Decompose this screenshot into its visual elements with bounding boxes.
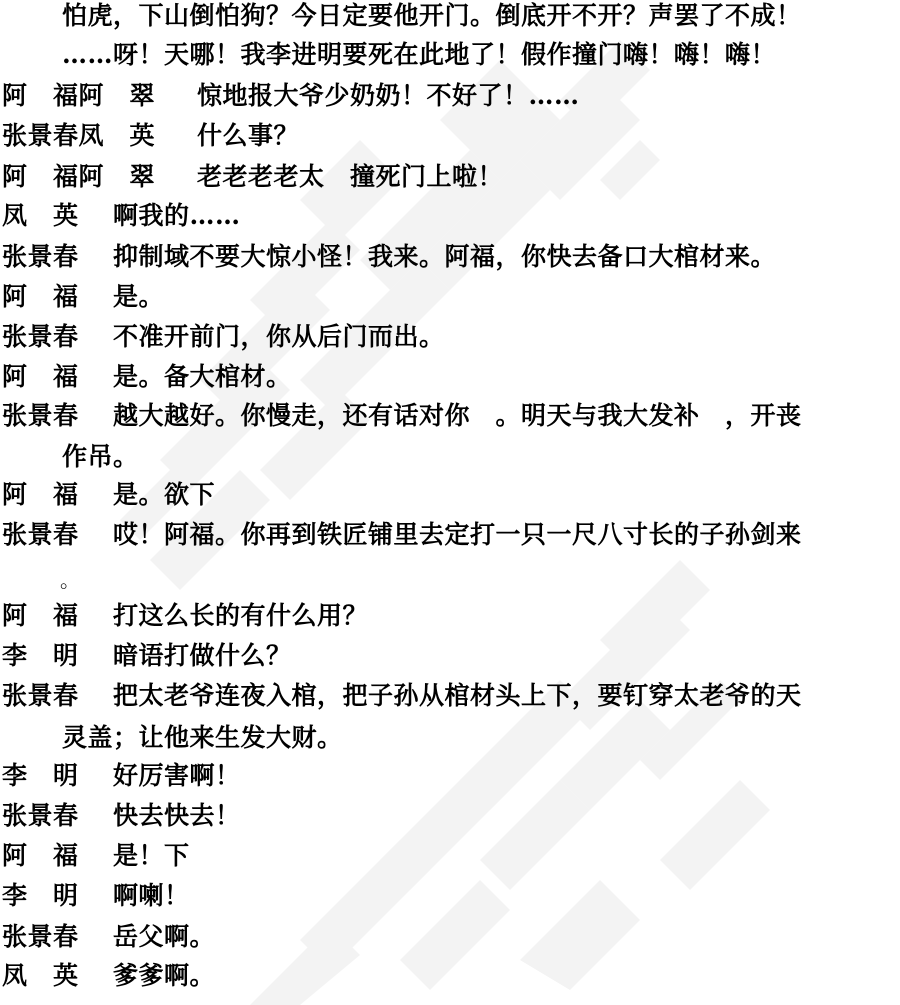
speaker-name: 张景春 (2, 917, 79, 957)
dialogue-text: 暗语打做什么？ (113, 636, 292, 676)
dialogue-text: 是！下 (113, 836, 190, 876)
speaker-name: 阿 福 (2, 475, 79, 515)
lone-punctuation: 。 (60, 560, 81, 600)
speaker-name: 张景春 (2, 676, 79, 716)
speaker-name: 阿 福 (2, 277, 79, 317)
dialogue-text: 越大越好。你慢走，还有话对你 。明天与我大发补 ，开丧 (113, 396, 802, 436)
speaker-name: 阿 福 (2, 596, 79, 636)
speaker-name: 阿 福 (2, 836, 79, 876)
speaker-name: 张景春凤 英 (2, 116, 155, 156)
dialogue-text: 不准开前门，你从后门而出。 (113, 317, 445, 357)
dialogue-text: 是。 (113, 277, 164, 317)
dialogue-text: 是。欲下 (113, 475, 215, 515)
speaker-name: 李 明 (2, 636, 79, 676)
dialogue-text: 啊喇！ (113, 876, 190, 916)
speaker-name: 李 明 (2, 756, 79, 796)
dialogue-text: 什么事？ (197, 116, 299, 156)
dialogue-text: 把太老爷连夜入棺，把子孙从棺材头上下，要钉穿太老爷的天 (113, 676, 802, 716)
dialogue-text: 岳父啊。 (113, 917, 215, 957)
dialogue-text: 是。备大棺材。 (113, 357, 292, 397)
continuation-text: 怕虎，下山倒怕狗？今日定要他开门。倒底开不开？声罢了不成！ (62, 0, 802, 36)
speaker-name: 阿 福 (2, 357, 79, 397)
speaker-name: 凤 英 (2, 956, 79, 996)
speaker-name: 张景春 (2, 237, 79, 277)
dialogue-text: 啊我的…… (113, 196, 241, 236)
dialogue-text: 快去快去！ (113, 796, 241, 836)
continuation-text: 作吊。 (62, 437, 139, 477)
dialogue-text: 好厉害啊！ (113, 756, 241, 796)
speaker-name: 阿 福阿 翠 (2, 76, 155, 116)
speaker-name: 凤 英 (2, 196, 79, 236)
speaker-name: 李 明 (2, 876, 79, 916)
speaker-name: 张景春 (2, 796, 79, 836)
speaker-name: 张景春 (2, 396, 79, 436)
dialogue-text: 老老老老太 撞死门上啦！ (197, 157, 503, 197)
dialogue-text: 哎！阿福。你再到铁匠铺里去定打一只一尺八寸长的子孙剑来 (113, 515, 802, 555)
continuation-text: 灵盖；让他来生发大财。 (62, 718, 343, 758)
dialogue-text: 抑制域不要大惊小怪！我来。阿福，你快去备口大棺材来。 (113, 237, 776, 277)
continuation-text: ……呀！天哪！我李进明要死在此地了！假作撞门嗨！嗨！嗨！ (62, 35, 776, 75)
speaker-name: 张景春 (2, 515, 79, 555)
dialogue-text: 惊地报大爷少奶奶！不好了！…… (197, 76, 580, 116)
dialogue-text: 打这么长的有什么用？ (113, 596, 368, 636)
speaker-name: 张景春 (2, 317, 79, 357)
dialogue-text: 爹爹啊。 (113, 956, 215, 996)
speaker-name: 阿 福阿 翠 (2, 157, 155, 197)
